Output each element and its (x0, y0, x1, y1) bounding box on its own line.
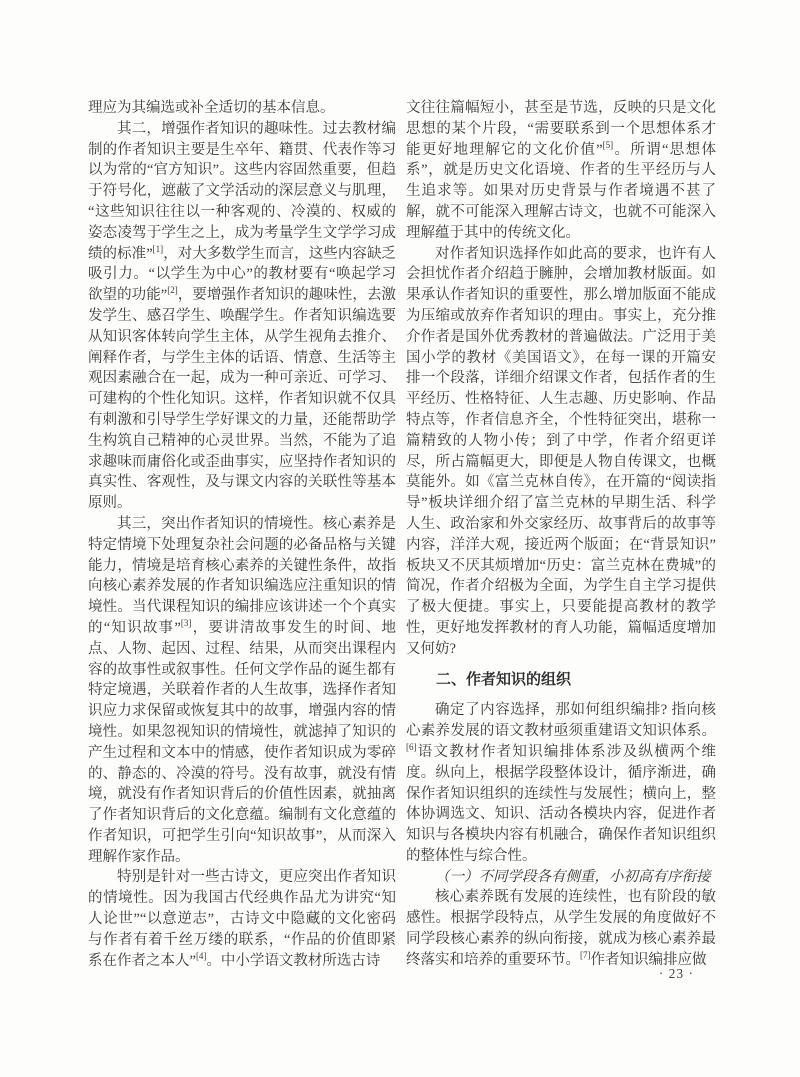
citation-ref: [4] (196, 951, 207, 961)
left-column: 理应为其编选或补全适切的基本信息。其二，增强作者知识的趣味性。过去教材编制的作者… (88, 98, 396, 971)
paragraph: 文往往篇幅短小，甚至是节选，反映的只是文化思想的某个片段，“需要联系到一个思想体… (406, 98, 716, 244)
paragraph: 对作者知识选择作如此高的要求，也许有人会担忧作者介绍趋于臃肿，会增加教材版面。如… (406, 244, 716, 660)
section-heading: 二、作者知识的组织 (406, 670, 716, 691)
citation-ref: [7] (580, 950, 591, 960)
paragraph: 理应为其编选或补全适切的基本信息。 (88, 98, 396, 119)
page-number: · 23 · (659, 966, 694, 982)
paragraph: 核心素养既有发展的连续性，也有阶段的敏感性。根据学段特点，从学生发展的角度做好不… (406, 887, 716, 970)
citation-ref: [1] (153, 244, 164, 254)
right-column: 文往往篇幅短小，甚至是节选，反映的只是文化思想的某个片段，“需要联系到一个思想体… (406, 98, 716, 971)
paragraph: 其二，增强作者知识的趣味性。过去教材编制的作者知识主要是生卒年、籍贯、代表作等习… (88, 119, 396, 514)
citation-ref: [2] (167, 285, 178, 295)
citation-ref: [6] (406, 742, 417, 752)
citation-ref: [3] (181, 618, 192, 628)
citation-ref: [5] (603, 140, 614, 150)
paragraph: 特别是针对一些古诗文，更应突出作者知识的情境性。因为我国古代经典作品尤为讲究“知… (88, 867, 396, 971)
subsection-heading: （一）不同学段各有侧重，小初高有序衔接 (406, 867, 716, 888)
paragraph: 确定了内容选择，那如何组织编排? 指向核心素养发展的语文教材亟须重建语文知识体系… (406, 700, 716, 866)
paragraph: 其三，突出作者知识的情境性。核心素养是特定情境下处理复杂社会问题的必备品格与关键… (88, 514, 396, 868)
journal-page: 理应为其编选或补全适切的基本信息。其二，增强作者知识的趣味性。过去教材编制的作者… (0, 0, 800, 1077)
